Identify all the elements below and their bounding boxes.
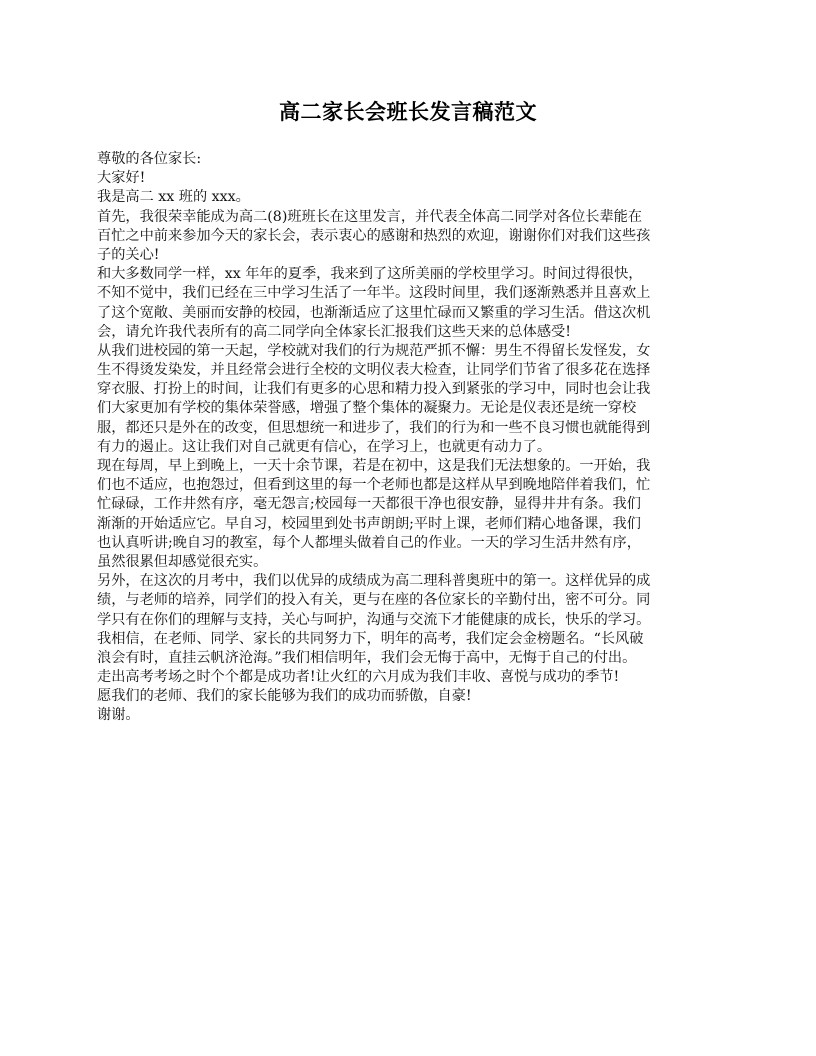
text-line: 了这个宽敞、美丽而安静的校园，也渐渐适应了这里忙碌而又繁重的学习生活。借这次机 xyxy=(97,304,723,323)
text-line: 忙碌碌，工作井然有序，毫无怨言;校园每一天都很干净也很安静，显得井井有条。我们 xyxy=(97,495,723,514)
text-line: 大家好! xyxy=(97,169,723,188)
text-line: 首先，我很荣幸能成为高二(8)班班长在这里发言，并代表全体高二同学对各位长辈能在 xyxy=(97,208,723,227)
text-line: 我是高二 xx 班的 xxx。 xyxy=(97,188,723,207)
text-line: 虽然很累但却感觉很充实。 xyxy=(97,553,723,572)
text-line: 穿衣服、打扮上的时间，让我们有更多的心思和精力投入到紧张的学习中，同时也会让我 xyxy=(97,380,723,399)
text-line: 现在每周，早上到晚上，一天十余节课，若是在初中，这是我们无法想象的。一开始，我 xyxy=(97,457,723,476)
text-line: 会，请允许我代表所有的高二同学向全体家长汇报我们这些天来的总体感受! xyxy=(97,323,723,342)
text-line: 谢谢。 xyxy=(97,706,723,725)
text-line: 百忙之中前来参加今天的家长会，表示衷心的感谢和热烈的欢迎，谢谢你们对我们这些孩 xyxy=(97,227,723,246)
text-line: 我相信，在老师、同学、家长的共同努力下，明年的高考，我们定会金榜题名。“长风破 xyxy=(97,630,723,649)
text-line: 生不得烫发染发，并且经常会进行全校的文明仪表大检查，让同学们节省了很多花在选择 xyxy=(97,361,723,380)
document-body: 尊敬的各位家长:大家好!我是高二 xx 班的 xxx。首先，我很荣幸能成为高二(… xyxy=(97,150,723,726)
text-line: 浪会有时，直挂云帆济沧海。”我们相信明年，我们会无悔于高中，无悔于自己的付出。 xyxy=(97,649,723,668)
text-line: 另外，在这次的月考中，我们以优异的成绩成为高二理科普奥班中的第一。这样优异的成 xyxy=(97,572,723,591)
text-line: 服，都还只是外在的改变，但思想统一和进步了，我们的行为和一些不良习惯也就能得到 xyxy=(97,419,723,438)
text-line: 走出高考考场之时个个都是成功者!让火红的六月成为我们丰收、喜悦与成功的季节! xyxy=(97,668,723,687)
text-line: 愿我们的老师、我们的家长能够为我们的成功而骄傲，自豪! xyxy=(97,687,723,706)
text-line: 子的关心! xyxy=(97,246,723,265)
text-line: 们大家更加有学校的集体荣誉感，增强了整个集体的凝聚力。无论是仪表还是统一穿校 xyxy=(97,399,723,418)
text-line: 绩，与老师的培养，同学们的投入有关，更与在座的各位家长的辛勤付出，密不可分。同 xyxy=(97,591,723,610)
text-line: 不知不觉中，我们已经在三中学习生活了一年半。这段时间里，我们逐渐熟悉并且喜欢上 xyxy=(97,284,723,303)
document-title: 高二家长会班长发言稿范文 xyxy=(0,96,816,126)
text-line: 学只有在你们的理解与支持，关心与呵护，沟通与交流下才能健康的成长，快乐的学习。 xyxy=(97,611,723,630)
text-line: 有力的遏止。这让我们对自己就更有信心，在学习上，也就更有动力了。 xyxy=(97,438,723,457)
text-line: 从我们进校园的第一天起，学校就对我们的行为规范严抓不懈：男生不得留长发怪发，女 xyxy=(97,342,723,361)
text-line: 们也不适应，也抱怨过，但看到这里的每一个老师也都是这样从早到晚地陪伴着我们，忙 xyxy=(97,476,723,495)
text-line: 和大多数同学一样，xx 年年的夏季，我来到了这所美丽的学校里学习。时间过得很快， xyxy=(97,265,723,284)
text-line: 渐渐的开始适应它。早自习，校园里到处书声朗朗;平时上课，老师们精心地备课，我们 xyxy=(97,515,723,534)
text-line: 也认真听讲;晚自习的教室，每个人都埋头做着自己的作业。一天的学习生活井然有序， xyxy=(97,534,723,553)
text-line: 尊敬的各位家长: xyxy=(97,150,723,169)
document-page: 高二家长会班长发言稿范文 尊敬的各位家长:大家好!我是高二 xx 班的 xxx。… xyxy=(0,0,816,1056)
